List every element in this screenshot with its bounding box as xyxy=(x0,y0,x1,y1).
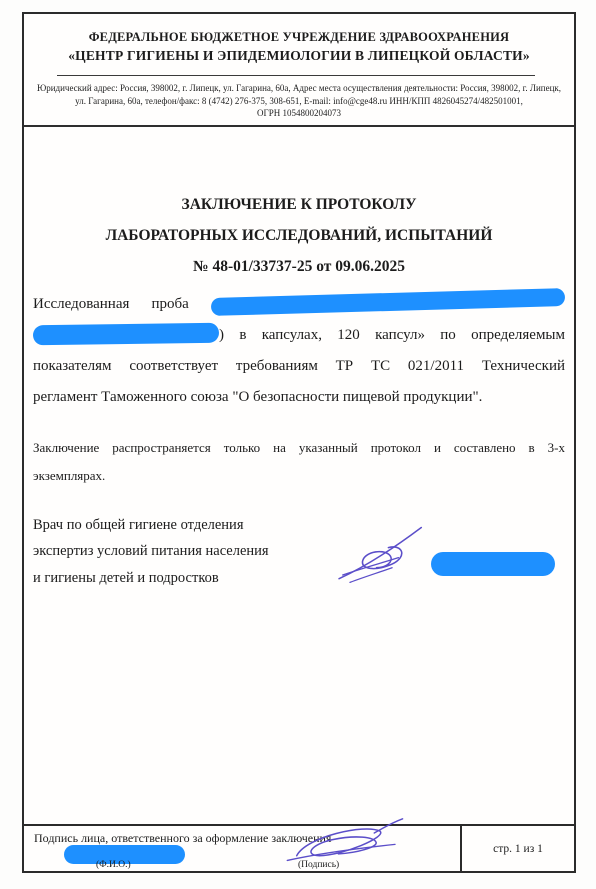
address-line3: ОГРН 1054800204073 xyxy=(33,107,565,120)
signatory-block: Врач по общей гигиене отделения эксперти… xyxy=(33,512,565,598)
organization-header: ФЕДЕРАЛЬНОЕ БЮДЖЕТНОЕ УЧРЕЖДЕНИЕ ЗДРАВОО… xyxy=(33,30,565,64)
page-number: стр. 1 из 1 xyxy=(493,843,543,855)
document-border-frame: ФЕДЕРАЛЬНОЕ БЮДЖЕТНОЕ УЧРЕЖДЕНИЕ ЗДРАВОО… xyxy=(22,12,576,873)
paragraph-line: Исследованная проба xyxy=(33,289,565,320)
page-number-cell: стр. 1 из 1 xyxy=(460,826,574,871)
organization-name-line1: ФЕДЕРАЛЬНОЕ БЮДЖЕТНОЕ УЧРЕЖДЕНИЕ ЗДРАВОО… xyxy=(33,30,565,45)
paragraph-text: Исследованная проба xyxy=(33,296,189,312)
paragraph-line: Заключение распространяется только на ук… xyxy=(33,434,565,462)
title-line1: ЗАКЛЮЧЕНИЕ К ПРОТОКОЛУ xyxy=(33,189,565,220)
fio-label: (Ф.И.О.) xyxy=(96,860,131,870)
footer-signature-graphic xyxy=(276,816,412,868)
redaction-bar xyxy=(211,288,565,316)
footer-signature-table: Подпись лица, ответственного за оформлен… xyxy=(24,824,574,871)
footer-left-cell: Подпись лица, ответственного за оформлен… xyxy=(24,826,460,871)
document-title: ЗАКЛЮЧЕНИЕ К ПРОТОКОЛУ ЛАБОРАТОРНЫХ ИССЛ… xyxy=(33,189,565,282)
address-block: Юридический адрес: Россия, 398002, г. Ли… xyxy=(33,82,565,120)
redaction-bar xyxy=(431,552,555,576)
scanned-document-page: ФЕДЕРАЛЬНОЕ БЮДЖЕТНОЕ УЧРЕЖДЕНИЕ ЗДРАВОО… xyxy=(0,0,596,889)
protocol-number: № 48-01/33737-25 от 09.06.2025 xyxy=(33,251,565,282)
paragraph-line: ) в капсулах, 120 капсул» по определяемы… xyxy=(33,320,565,351)
conclusion-paragraph: Исследованная проба ) в капсулах, 120 ка… xyxy=(33,289,565,413)
title-line2: ЛАБОРАТОРНЫХ ИССЛЕДОВАНИЙ, ИСПЫТАНИЙ xyxy=(33,220,565,251)
address-line2: ул. Гагарина, 60а, телефон/факс: 8 (4742… xyxy=(33,95,565,108)
paragraph-text: ) в капсулах, 120 капсул» по определяемы… xyxy=(219,327,565,343)
address-divider-line xyxy=(24,125,574,127)
paragraph-line: показателям соответствует требованиям ТР… xyxy=(33,351,565,382)
header-divider-line xyxy=(57,75,535,76)
redaction-bar xyxy=(33,322,219,345)
address-line1: Юридический адрес: Россия, 398002, г. Ли… xyxy=(33,82,565,95)
paragraph-line: регламент Таможенного союза "О безопасно… xyxy=(33,382,565,413)
organization-name-line2: «ЦЕНТР ГИГИЕНЫ И ЭПИДЕМИОЛОГИИ В ЛИПЕЦКО… xyxy=(33,48,565,64)
paragraph-line: экземплярах. xyxy=(33,462,565,490)
scope-paragraph: Заключение распространяется только на ук… xyxy=(33,434,565,490)
doctor-signature-graphic xyxy=(329,522,435,586)
signatory-title-line1: Врач по общей гигиене отделения xyxy=(33,512,565,539)
document-content: ФЕДЕРАЛЬНОЕ БЮДЖЕТНОЕ УЧРЕЖДЕНИЕ ЗДРАВОО… xyxy=(24,30,574,598)
